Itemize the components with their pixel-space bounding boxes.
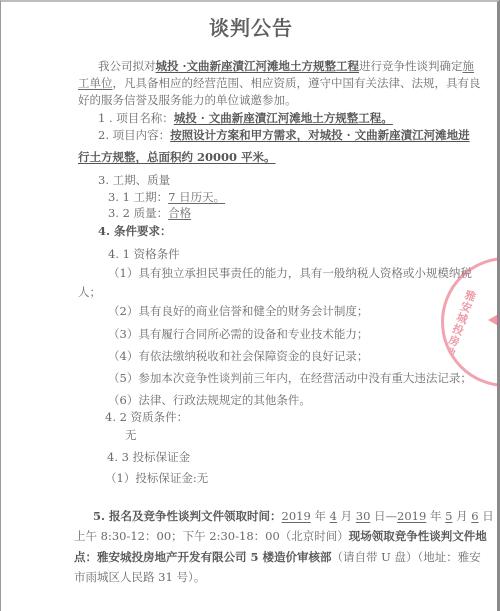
item-quality: 3. 2 质量：合格 (108, 206, 191, 220)
project-name-link: 城投 ·文曲新座漬江河滩地土方规整工程 (156, 59, 360, 73)
condition-5: （5）参加本次竞争性谈判前三年内，在经营活动中没有重大违法记录； (108, 371, 472, 385)
condition-3: （3）具有履行合同所必需的设备和专业技术能力； (108, 327, 368, 341)
seal-star-icon (488, 312, 498, 328)
item-project-content-cont: 行土方规整，总面积约 20000 平米。 (78, 150, 276, 164)
seal-text: 雅安城投房地产 (441, 289, 486, 375)
certification-value: 无 (125, 428, 137, 442)
certification-heading: 4. 2 资质条件： (105, 410, 188, 424)
item-project-content: 2. 项目内容：按照设计方案和甲方需求，对城投 · 文曲新座漬江河滩地进 (98, 128, 470, 142)
qualification-heading: 4. 1 资格条件 (108, 247, 180, 261)
intro-line-1: 我公司拟对城投 ·文曲新座漬江河滩地土方规整工程进行竞争性谈判确定施 (98, 59, 474, 73)
registration-address: 市雨城区人民路 31 号）。 (74, 570, 205, 584)
document-title: 谈判公告 (1, 12, 500, 41)
registration-time-cont: 上午 8:30-12：00；下午 2:30-18：00（北京时间）现场领取竞争性… (74, 529, 487, 543)
deposit-item: （1）投标保证金:无 (105, 471, 208, 485)
item-duration-quality-heading: 3. 工期、质量 (98, 173, 170, 187)
condition-1-cont: 人； (78, 285, 101, 299)
condition-6: （6）法律、行政法规规定的其他条件。 (108, 393, 311, 407)
deposit-heading: 4. 3 投标保证金 (107, 450, 190, 464)
item-project-name: 1 . 项目名称：城投 · 文曲新座漬江河滩地土方规整工程。 (98, 111, 393, 125)
item-requirements-heading: 4. 条件要求： (98, 224, 172, 238)
condition-4: （4）有依法缴纳税收和社会保障资金的良好记录； (108, 349, 368, 363)
item-duration: 3. 1 工期：7 日历天。 (108, 190, 225, 204)
condition-2: （2）具有良好的商业信誉和健全的财务会计制度； (108, 304, 368, 318)
condition-1: （1）具有独立承担民事责任的能力，具有一般纳税人资格或小规模纳税 (108, 266, 472, 280)
document-page: 谈判公告 我公司拟对城投 ·文曲新座漬江河滩地土方规整工程进行竞争性谈判确定施 … (0, 0, 500, 611)
registration-location: 点：雅安城投房地产开发有限公司 5 楼造价审核部（请自带 U 盘）（地址：雅安 (74, 550, 481, 564)
registration-time: 5. 报名及竞争性谈判文件领取时间：2019 年 4 月 30 日—2019 年… (93, 509, 494, 523)
intro-line-3: 好的服务信誉及服务能力的单位诚邀参加。 (78, 93, 297, 107)
intro-line-2: 工单位，凡具备相应的经营范围、相应资质，遵守中国有关法律、法规，具有良 (78, 76, 481, 90)
